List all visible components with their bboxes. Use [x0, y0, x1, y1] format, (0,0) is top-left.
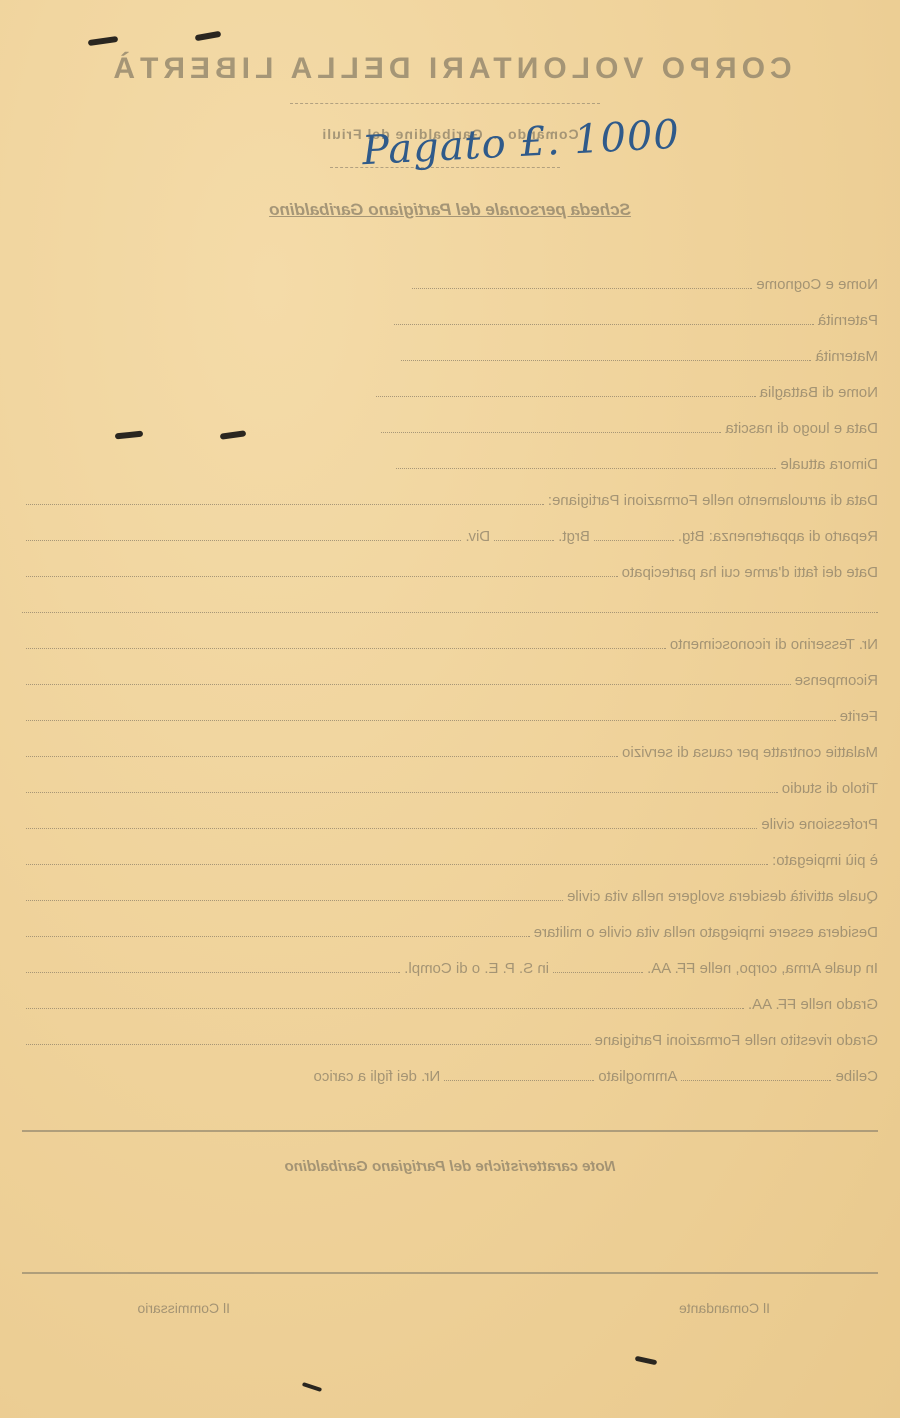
field-tesserino: Nr. Tesserino di riconoscimento [22, 636, 878, 653]
field-impiegato: è più impiegato: [22, 852, 878, 869]
form-header-title: CORPO VOLONTARI DELLA LIBERTÀ [0, 52, 900, 86]
field-arma-corpo: In quale Arma, corpo, nelle FF. AA.in S.… [22, 960, 878, 977]
field-grado-partigiano: Grado rivestito nelle Formazioni Partigi… [22, 1032, 878, 1049]
field-nome-battaglia: Nome di Battaglia [22, 384, 878, 401]
field-malattie: Malattie contratte per causa di servizio [22, 744, 878, 761]
field-data-luogo-nascita: Data e luogo di nascita [22, 420, 878, 437]
signature-divider [22, 1272, 878, 1274]
field-attivita: Quale attività desidera svolgere nella v… [22, 888, 878, 905]
field-civile-militare: Desidera essere impiegato nella vita civ… [22, 924, 878, 941]
notes-heading: Note caratteristiche del Partigiano Gari… [0, 1158, 900, 1175]
field-ricompense: Ricompense [22, 672, 878, 689]
field-professione: Professione civile [22, 816, 878, 833]
signature-label-commissario: Il Commissario [137, 1300, 230, 1316]
field-data-arruolamento: Data di arruolamento nelle Formazioni Pa… [22, 492, 878, 509]
field-paternita: Paternità [22, 312, 878, 329]
field-reparto: Reparto di appartenenza: Btg.Brgt.Div. [22, 528, 878, 545]
scanned-form-page: CORPO VOLONTARI DELLA LIBERTÀ Comando ..… [0, 0, 900, 1418]
blank-line [22, 612, 878, 613]
field-ferite: Ferite [22, 708, 878, 725]
signature-label-comandante: Il Comandante [679, 1300, 770, 1316]
section-divider [22, 1130, 878, 1132]
field-fatti-arme: Date dei fatti d'arme cui ha partecipato [22, 564, 878, 581]
field-dimora-attuale: Dimora attuale [22, 456, 878, 473]
field-nome-cognome: Nome e Cognome [22, 276, 878, 293]
mirrored-printed-layer: CORPO VOLONTARI DELLA LIBERTÀ Comando ..… [0, 0, 900, 1418]
field-grado-ffaa: Grado nelle FF. AA. [22, 996, 878, 1013]
header-divider [290, 103, 600, 104]
form-title: Scheda personale del Partigiano Garibald… [0, 200, 900, 220]
field-titolo-studio: Titolo di studio [22, 780, 878, 797]
field-maternita: Maternità [22, 348, 878, 365]
field-stato-civile: CelibeAmmogliatoNr. dei figli a carico [22, 1068, 878, 1085]
